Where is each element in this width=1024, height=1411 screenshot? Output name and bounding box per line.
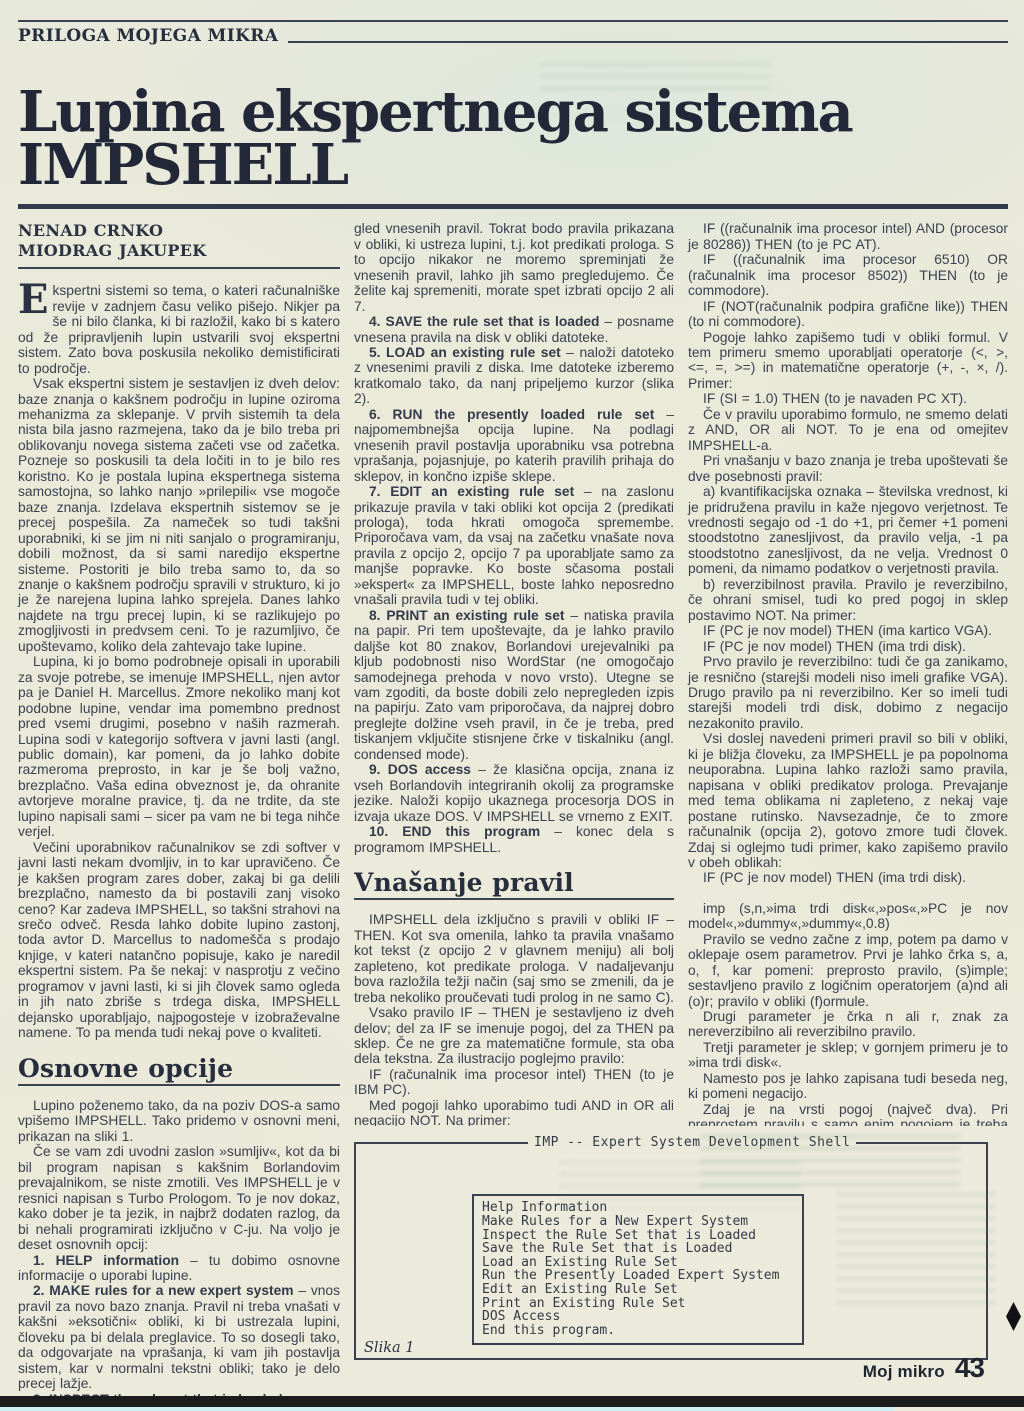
rule-example: IF (NOT(računalnik podpira grafične like… — [688, 299, 1008, 330]
column-1: NENAD CRNKO MIODRAG JAKUPEK Ekspertni si… — [18, 221, 340, 1407]
option-label: 6. RUN the presently loaded rule set — [369, 407, 654, 422]
option-text: – natiska pravila na papir. Pri tem upoš… — [354, 608, 674, 762]
scan-edge-band — [0, 1396, 1024, 1407]
figure-caption: Slika 1 — [364, 1340, 414, 1356]
list-item: 9. DOS access – že klasična opcija, znan… — [354, 762, 674, 824]
rule-example: IF ((računalnik ima procesor intel) AND … — [688, 221, 1008, 252]
paragraph: Vsako pravilo IF – THEN je sestavljeno i… — [354, 1005, 674, 1067]
rule-example: IF (SI = 1.0) THEN (to je navaden PC XT)… — [688, 391, 1008, 406]
paragraph: Med pogoji lahko uporabimo tudi AND in O… — [354, 1098, 674, 1127]
list-item: 10. END this program – konec dela s prog… — [354, 824, 674, 855]
author-name: NENAD CRNKO — [18, 221, 340, 241]
menu-item: Edit an Existing Rule Set — [482, 1283, 794, 1297]
list-item: 5. LOAD an existing rule set – naloži da… — [354, 345, 674, 407]
list-item: 8. PRINT an existing rule set – natiska … — [354, 608, 674, 763]
right-area: gled vnesenih pravil. Tokrat bodo pravil… — [354, 221, 1008, 1407]
rule-example: IF (PC je nov model) THEN (ima trdi disk… — [688, 870, 1008, 885]
heading-rule — [18, 1084, 340, 1086]
rule-example: IF (PC je nov model) THEN (ima trdi disk… — [688, 639, 1008, 654]
option-label: 2. MAKE rules for a new expert system — [33, 1283, 294, 1298]
list-item: 7. EDIT an existing rule set – na zaslon… — [354, 484, 674, 608]
top-rule — [18, 20, 1008, 22]
menu-item: Print an Existing Rule Set — [482, 1297, 794, 1311]
title-rule — [18, 204, 1008, 209]
paragraph: IMPSHELL dela izključno s pravili v obli… — [354, 912, 674, 1005]
menu-item: Inspect the Rule Set that is Loaded — [482, 1229, 794, 1243]
option-label: 9. DOS access — [369, 762, 471, 777]
column-2: gled vnesenih pravil. Tokrat bodo pravil… — [354, 221, 674, 1126]
option-label: 7. EDIT an existing rule set — [369, 484, 574, 499]
rule-example: IF ((računalnik ima procesor 6510) OR (r… — [688, 252, 1008, 298]
menu-item: Save the Rule Set that is Loaded — [482, 1242, 794, 1256]
heading-rule — [354, 898, 674, 900]
author-rule — [18, 267, 340, 269]
list-item: 2. MAKE rules for a new expert system – … — [18, 1283, 340, 1391]
author-name: MIODRAG JAKUPEK — [18, 241, 340, 261]
list-item: 6. RUN the presently loaded rule set – n… — [354, 407, 674, 484]
option-text: – vnos pravil za novo bazo znanja. Pravi… — [18, 1283, 340, 1391]
paragraph: Zdaj je na vrsti pogoj (največ dva). Pri… — [688, 1102, 1008, 1127]
column-3: IF ((računalnik ima procesor intel) AND … — [688, 221, 1008, 1126]
menu-item: Load an Existing Rule Set — [482, 1256, 794, 1270]
scan-edge-strip — [0, 1407, 894, 1411]
rule-example: IF (računalnik ima procesor intel) THEN … — [354, 1067, 674, 1098]
paragraph: Pravilo se vedno začne z imp, potem pa d… — [688, 932, 1008, 1009]
menu-item: Help Information — [482, 1201, 794, 1215]
columns-2-3: gled vnesenih pravil. Tokrat bodo pravil… — [354, 221, 1008, 1126]
menu-item: End this program. — [482, 1324, 794, 1338]
article-title: Lupina ekspertnega sistema IMPSHELL — [18, 86, 1008, 192]
option-text: – na zaslonu prikazuje pravila v taki ob… — [354, 484, 674, 607]
rule-example: IF (PC je nov model) THEN (ima kartico V… — [688, 623, 1008, 638]
paragraph-text: kspertni sistemi so tema, o kateri račun… — [18, 283, 340, 375]
page-footer: Moj mikro 43 — [863, 1352, 984, 1384]
paragraph: Prvo pravilo je reverzibilno: tudi če ga… — [688, 654, 1008, 731]
paragraph: b) reverzibilnost pravila. Pravilo je re… — [688, 577, 1008, 623]
paragraph: Večini uporabnikov računalnikov se zdi s… — [18, 840, 340, 1041]
paragraph: gled vnesenih pravil. Tokrat bodo pravil… — [354, 221, 674, 314]
section-kicker: PRILOGA MOJEGA MIKRA — [18, 26, 278, 46]
magazine-name: Moj mikro — [863, 1362, 945, 1382]
paragraph: Vsi doslej navedeni primeri pravil so bi… — [688, 731, 1008, 870]
paragraph: Tretji parameter je sklep; v gornjem pri… — [688, 1040, 1008, 1071]
article-continues-arrow-icon — [1006, 1302, 1021, 1331]
paragraph: Pogoje lahko zapišemo tudi v obliki form… — [688, 330, 1008, 392]
menu-item: DOS Access — [482, 1310, 794, 1324]
kicker-rule — [288, 41, 1008, 43]
paragraph: Vsak ekspertni sistem je sestavljen iz d… — [18, 376, 340, 654]
paragraph: Lupino poženemo tako, da na poziv DOS-a … — [18, 1098, 340, 1144]
option-label: 10. END this program — [369, 824, 540, 839]
option-label: 4. SAVE the rule set that is loaded — [369, 314, 600, 329]
figure-terminal-screenshot: IMP -- Expert System Development Shell H… — [354, 1142, 988, 1360]
section-heading-osnovne-opcije: Osnovne opcije — [18, 1061, 340, 1076]
paragraph: Če se vam zdi uvodni zaslon »sumljiv«, k… — [18, 1144, 340, 1252]
option-label: 1. HELP information — [33, 1253, 179, 1268]
list-item: 1. HELP information – tu dobimo osnovne … — [18, 1253, 340, 1284]
paragraph: a) kvantifikacijska oznaka – številska v… — [688, 484, 1008, 577]
paragraph: Drugi parameter je črka n ali r, znak za… — [688, 1009, 1008, 1040]
article-body: NENAD CRNKO MIODRAG JAKUPEK Ekspertni si… — [18, 221, 1008, 1407]
author-block: NENAD CRNKO MIODRAG JAKUPEK — [18, 221, 340, 261]
section-heading-vnasanje-pravil: Vnašanje pravil — [354, 875, 674, 890]
terminal-menu: Help Information Make Rules for a New Ex… — [472, 1194, 804, 1345]
paragraph: Če v pravilu uporabimo formulo, ne smemo… — [688, 407, 1008, 453]
kicker-row: PRILOGA MOJEGA MIKRA — [18, 26, 1008, 46]
paragraph: Namesto pos je lahko zapisana tudi besed… — [688, 1071, 1008, 1102]
paragraph: Lupina, ki jo bomo podrobneje opisali in… — [18, 654, 340, 839]
option-label: 8. PRINT an existing rule set — [369, 608, 565, 623]
terminal-window-title: IMP -- Expert System Development Shell — [528, 1135, 856, 1150]
drop-cap: E — [18, 283, 53, 314]
option-label: 5. LOAD an existing rule set — [369, 345, 561, 360]
magazine-page: PRILOGA MOJEGA MIKRA Lupina ekspertnega … — [0, 0, 1024, 1411]
page-number: 43 — [955, 1352, 984, 1384]
menu-item: Run the Presently Loaded Expert System — [482, 1269, 794, 1283]
paragraph: Ekspertni sistemi so tema, o kateri raču… — [18, 283, 340, 376]
prolog-example: imp (s,n,»ima trdi disk«,»pos«,»PC je no… — [688, 901, 1008, 932]
list-item: 4. SAVE the rule set that is loaded – po… — [354, 314, 674, 345]
menu-item: Make Rules for a New Expert System — [482, 1215, 794, 1229]
paragraph: Pri vnašanju v bazo znanja je treba upoš… — [688, 453, 1008, 484]
